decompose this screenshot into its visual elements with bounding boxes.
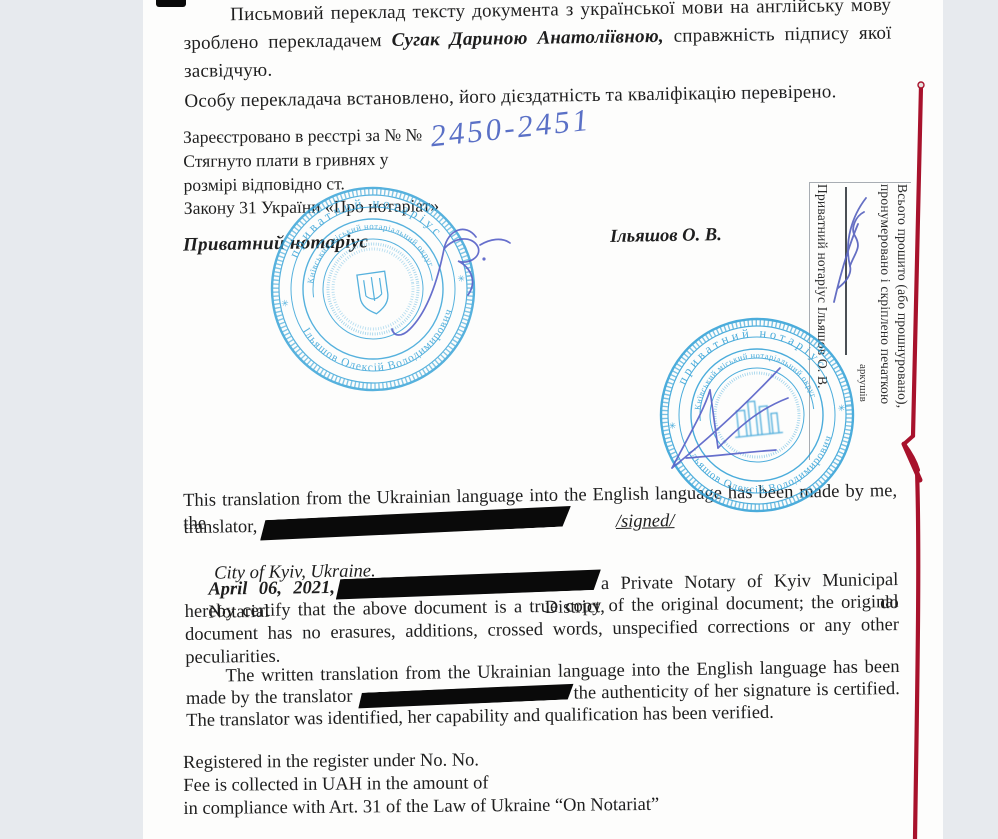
notary-surname: Ільяшов О. В. bbox=[610, 225, 722, 248]
scanned-notary-document: { "colors": { "margin_bg": "#e7eaee", "p… bbox=[0, 0, 998, 839]
stitch-label-line-2: пронумеровано і скріплено печаткою bbox=[877, 184, 894, 466]
label-top-edge bbox=[809, 182, 911, 183]
stitch-label-line-1: Всього прошито (або прошнуровано), bbox=[894, 184, 911, 466]
uk-line2-text: зроблено перекладачем bbox=[183, 30, 381, 54]
label-signature-scribble bbox=[822, 190, 874, 308]
redaction-bar bbox=[156, 0, 186, 7]
cert-date: April 06, 2021, bbox=[208, 578, 335, 600]
stamp-star-left: ✳ bbox=[280, 298, 289, 309]
registered-in-register-line: Зареєстровано в реєстрі за № № bbox=[183, 123, 422, 148]
ukrainian-certification-paragraph: Письмовий переклад тексту документа з ук… bbox=[183, 0, 891, 2]
notary-pen-signature-left bbox=[380, 215, 515, 360]
stamp-star-right: ✳ bbox=[837, 403, 846, 414]
translator-name: Сугак Дариною Анатоліївною, bbox=[391, 26, 663, 51]
notary-pen-signature-right bbox=[652, 358, 802, 483]
fee-line-1: Стягнуто плати в гривнях у bbox=[183, 148, 388, 172]
uk-line2-rest: справжність підпису якої bbox=[673, 22, 891, 46]
translator-prefix: translator, bbox=[183, 517, 257, 538]
written-line2-prefix: made by the translator bbox=[186, 687, 353, 709]
